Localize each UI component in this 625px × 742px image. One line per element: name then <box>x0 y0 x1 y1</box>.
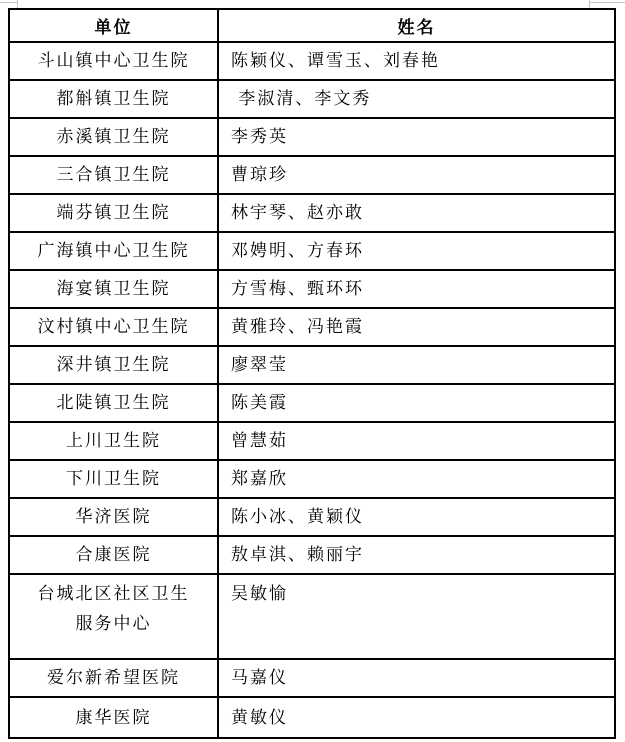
table-row: 北陡镇卫生院陈美霞 <box>9 384 615 422</box>
unit-staff-table: 单位 姓名 斗山镇中心卫生院陈颖仪、谭雪玉、刘春艳都斛镇卫生院 李淑清、李文秀赤… <box>8 8 616 739</box>
table-row: 汶村镇中心卫生院黄雅玲、冯艳霞 <box>9 308 615 346</box>
name-cell: 曹琼珍 <box>218 156 615 194</box>
name-cell: 黄雅玲、冯艳霞 <box>218 308 615 346</box>
text-boundary-mark-top-left-horizontal <box>0 2 18 3</box>
name-cell: 马嘉仪 <box>218 659 615 697</box>
table-row: 华济医院陈小冰、黄颖仪 <box>9 498 615 536</box>
unit-column-header: 单位 <box>9 9 218 42</box>
name-cell: 李淑清、李文秀 <box>218 80 615 118</box>
unit-cell: 爱尔新希望医院 <box>9 659 218 697</box>
name-cell: 李秀英 <box>218 118 615 156</box>
name-column-header: 姓名 <box>218 9 615 42</box>
table-row: 赤溪镇卫生院李秀英 <box>9 118 615 156</box>
unit-cell: 斗山镇中心卫生院 <box>9 42 218 80</box>
text-boundary-mark-top-right-horizontal <box>589 2 625 3</box>
name-cell: 敖卓淇、赖丽宇 <box>218 536 615 574</box>
unit-cell: 海宴镇卫生院 <box>9 270 218 308</box>
table-row: 海宴镇卫生院方雪梅、甄环环 <box>9 270 615 308</box>
unit-cell: 端芬镇卫生院 <box>9 194 218 232</box>
name-cell: 郑嘉欣 <box>218 460 615 498</box>
unit-cell: 合康医院 <box>9 536 218 574</box>
table-row: 深井镇卫生院廖翠莹 <box>9 346 615 384</box>
unit-cell: 赤溪镇卫生院 <box>9 118 218 156</box>
unit-cell: 都斛镇卫生院 <box>9 80 218 118</box>
name-cell: 黄敏仪 <box>218 697 615 738</box>
name-cell: 曾慧茹 <box>218 422 615 460</box>
table-row: 广海镇中心卫生院邓娉明、方春环 <box>9 232 615 270</box>
table-row: 上川卫生院曾慧茹 <box>9 422 615 460</box>
unit-cell: 广海镇中心卫生院 <box>9 232 218 270</box>
unit-cell: 台城北区社区卫生 服务中心 <box>9 574 218 659</box>
name-cell: 陈美霞 <box>218 384 615 422</box>
unit-cell: 深井镇卫生院 <box>9 346 218 384</box>
unit-cell: 上川卫生院 <box>9 422 218 460</box>
header-row: 单位 姓名 <box>9 9 615 42</box>
unit-cell: 下川卫生院 <box>9 460 218 498</box>
unit-cell: 三合镇卫生院 <box>9 156 218 194</box>
name-cell: 邓娉明、方春环 <box>218 232 615 270</box>
name-cell: 林宇琴、赵亦敢 <box>218 194 615 232</box>
table-row: 端芬镇卫生院林宇琴、赵亦敢 <box>9 194 615 232</box>
name-cell: 方雪梅、甄环环 <box>218 270 615 308</box>
name-cell: 吴敏愉 <box>218 574 615 659</box>
table-row: 下川卫生院郑嘉欣 <box>9 460 615 498</box>
table-row: 合康医院敖卓淇、赖丽宇 <box>9 536 615 574</box>
table-row: 都斛镇卫生院 李淑清、李文秀 <box>9 80 615 118</box>
table-row: 三合镇卫生院曹琼珍 <box>9 156 615 194</box>
name-cell: 廖翠莹 <box>218 346 615 384</box>
unit-cell: 汶村镇中心卫生院 <box>9 308 218 346</box>
table-body: 斗山镇中心卫生院陈颖仪、谭雪玉、刘春艳都斛镇卫生院 李淑清、李文秀赤溪镇卫生院李… <box>9 42 615 738</box>
table-row: 斗山镇中心卫生院陈颖仪、谭雪玉、刘春艳 <box>9 42 615 80</box>
name-cell: 陈颖仪、谭雪玉、刘春艳 <box>218 42 615 80</box>
table-row: 台城北区社区卫生 服务中心吴敏愉 <box>9 574 615 659</box>
unit-cell: 华济医院 <box>9 498 218 536</box>
table-row: 爱尔新希望医院马嘉仪 <box>9 659 615 697</box>
name-cell: 陈小冰、黄颖仪 <box>218 498 615 536</box>
unit-cell: 康华医院 <box>9 697 218 738</box>
table-row: 康华医院黄敏仪 <box>9 697 615 738</box>
table-header: 单位 姓名 <box>9 9 615 42</box>
unit-cell: 北陡镇卫生院 <box>9 384 218 422</box>
